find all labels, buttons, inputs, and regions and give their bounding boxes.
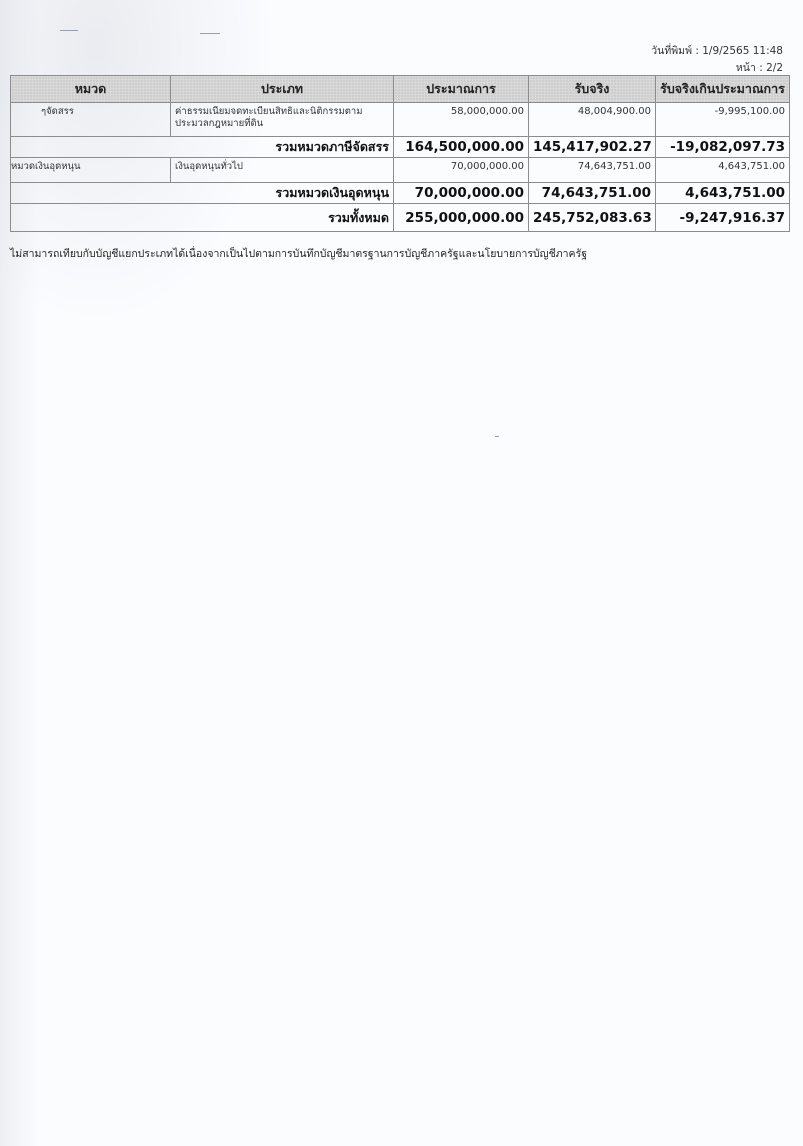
subtotal-estimate: 164,500,000.00 [394,137,529,158]
column-header-type: ประเภท [171,76,394,103]
column-header-actual: รับจริง [529,76,656,103]
subtotal-row-subsidy: รวมหมวดเงินอุดหนุน 70,000,000.00 74,643,… [11,183,790,204]
subtotal-difference: 4,643,751.00 [656,183,790,204]
scan-artifact [60,30,78,31]
grand-total-label: รวมทั้งหมด [11,204,394,232]
subtotal-difference: -19,082,097.73 [656,137,790,158]
table-row: หมวดเงินอุดหนุน เงินอุดหนุนทั่วไป 70,000… [11,158,790,183]
grand-total-estimate: 255,000,000.00 [394,204,529,232]
category-cell: ๆจัดสรร [11,103,171,137]
print-date: วันที่พิมพ์ : 1/9/2565 11:48 [651,42,783,59]
revenue-report-table: หมวด ประเภท ประมาณการ รับจริง รับจริงเกิ… [10,75,790,232]
footnote: ไม่สามารถเทียบกับบัญชีแยกประเภทได้เนื่อง… [10,245,587,262]
column-header-category: หมวด [11,76,171,103]
difference-cell: 4,643,751.00 [656,158,790,183]
type-cell: เงินอุดหนุนทั่วไป [171,158,394,183]
scan-artifact [495,436,499,437]
column-header-difference: รับจริงเกินประมาณการ [656,76,790,103]
actual-cell: 74,643,751.00 [529,158,656,183]
subtotal-actual: 145,417,902.27 [529,137,656,158]
grand-total-difference: -9,247,916.37 [656,204,790,232]
subtotal-estimate: 70,000,000.00 [394,183,529,204]
category-cell: หมวดเงินอุดหนุน [11,158,171,183]
actual-cell: 48,004,900.00 [529,103,656,137]
estimate-cell: 58,000,000.00 [394,103,529,137]
column-header-estimate: ประมาณการ [394,76,529,103]
difference-cell: -9,995,100.00 [656,103,790,137]
subtotal-label: รวมหมวดภาษีจัดสรร [11,137,394,158]
type-cell: ค่าธรรมเนียมจดทะเบียนสิทธิและนิติกรรมตาม… [171,103,394,137]
table-header-row: หมวด ประเภท ประมาณการ รับจริง รับจริงเกิ… [11,76,790,103]
subtotal-actual: 74,643,751.00 [529,183,656,204]
grand-total-actual: 245,752,083.63 [529,204,656,232]
subtotal-row-tax: รวมหมวดภาษีจัดสรร 164,500,000.00 145,417… [11,137,790,158]
grand-total-row: รวมทั้งหมด 255,000,000.00 245,752,083.63… [11,204,790,232]
table-row: ๆจัดสรร ค่าธรรมเนียมจดทะเบียนสิทธิและนิต… [11,103,790,137]
page-number: หน้า : 2/2 [736,59,783,76]
estimate-cell: 70,000,000.00 [394,158,529,183]
subtotal-label: รวมหมวดเงินอุดหนุน [11,183,394,204]
scan-artifact [200,33,220,34]
